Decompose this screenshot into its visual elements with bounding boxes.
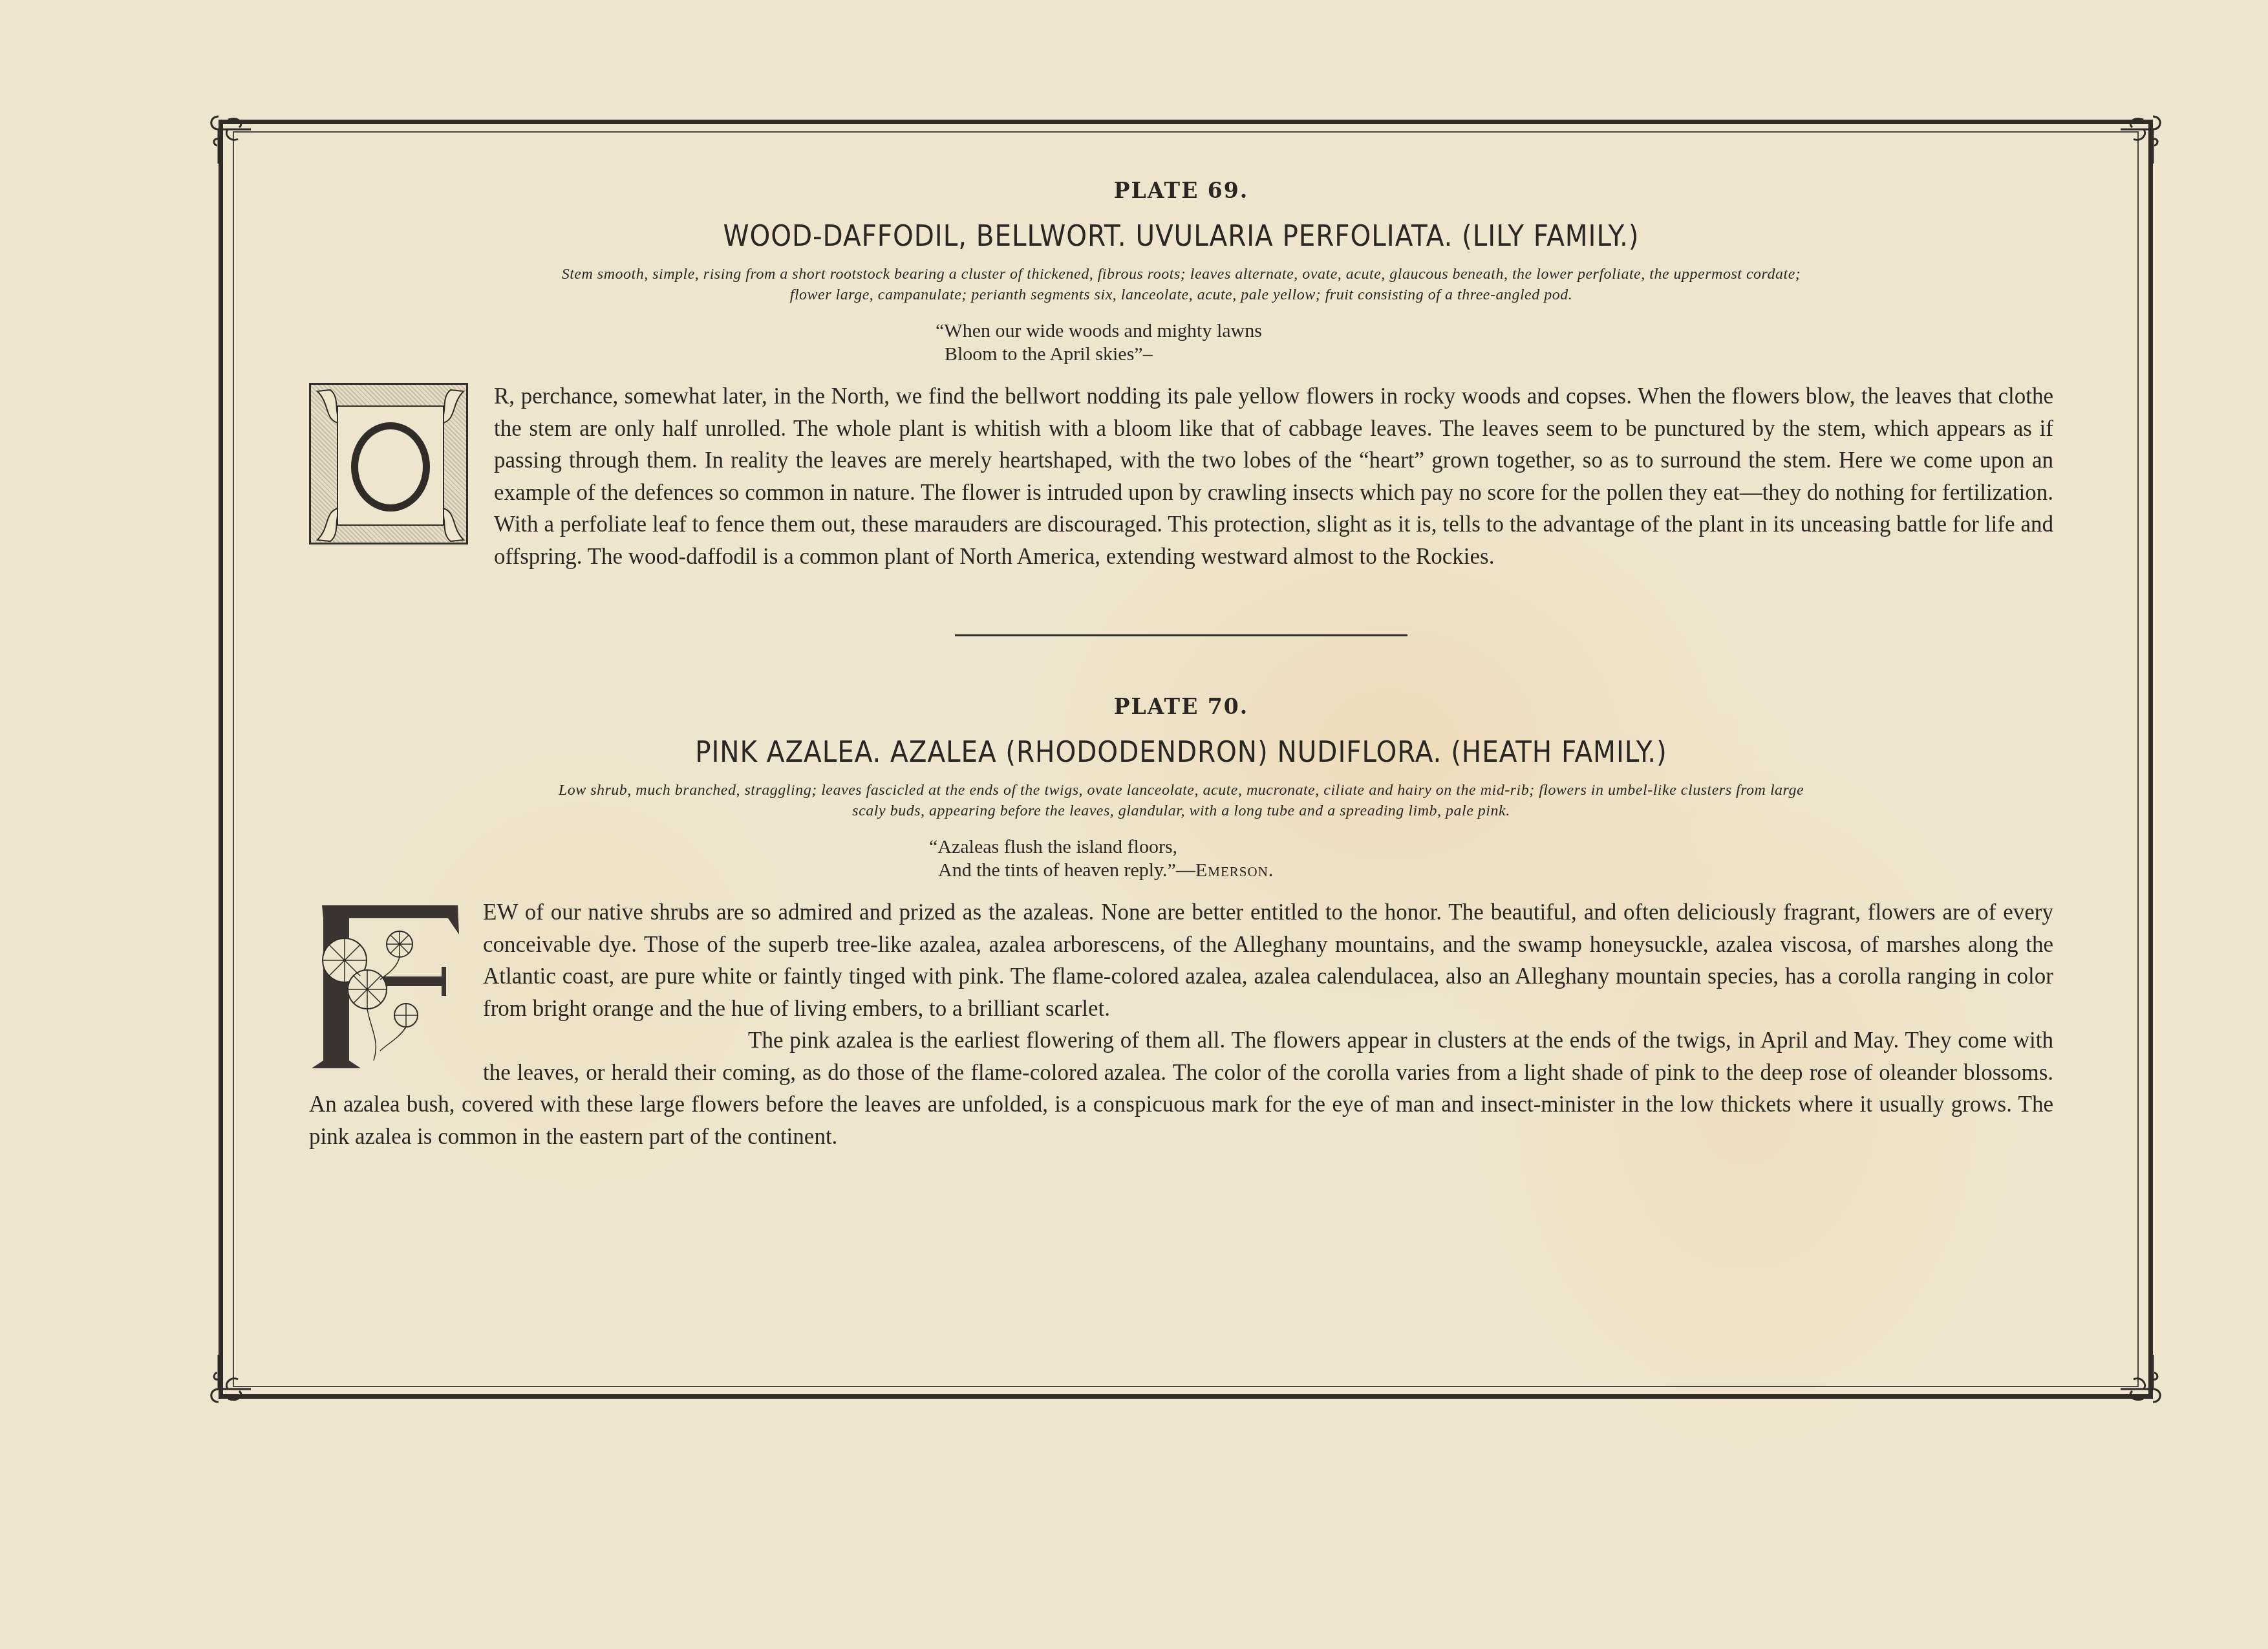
botanical-line: Stem smooth, simple, rising from a short…: [334, 264, 2028, 285]
corner-ornament-icon: [2114, 113, 2166, 165]
plate-label: PLATE 69.: [309, 175, 2053, 207]
botanical-line: Low shrub, much branched, straggling; le…: [334, 780, 2028, 801]
verse-line: Bloom to the April skies”–: [936, 343, 1427, 366]
verse-author: Emerson.: [1195, 859, 1274, 881]
body-paragraph: The pink azalea is the earliest flowerin…: [309, 1024, 2053, 1152]
body-text: EW of our native shrubs are so admired a…: [309, 896, 2053, 1152]
corner-ornament-icon: [2114, 1353, 2166, 1405]
section-divider: [955, 634, 1407, 636]
dropcap-letter-o: [351, 422, 430, 512]
verse-text: And the tints of heaven reply.”—: [938, 859, 1195, 881]
corner-ornament-icon: [206, 113, 257, 165]
dropcap-f-icon: [309, 899, 467, 1073]
verse-quote: “Azaleas flush the island floors, And th…: [929, 835, 1433, 882]
plate-69-section: PLATE 69. WOOD-DAFFODIL, BELLWORT. UVULA…: [309, 175, 2053, 572]
verse-line: And the tints of heaven reply.”—Emerson.: [929, 859, 1433, 882]
corner-ornament-icon: [206, 1353, 257, 1405]
plate-title: WOOD-DAFFODIL, BELLWORT. UVULARIA PERFOL…: [379, 217, 1984, 256]
botanical-description: Stem smooth, simple, rising from a short…: [334, 264, 2028, 305]
verse-line: “When our wide woods and mighty lawns: [936, 319, 1427, 343]
body-text: R, perchance, somewhat later, in the Nor…: [309, 380, 2053, 572]
botanical-description: Low shrub, much branched, straggling; le…: [334, 780, 2028, 821]
page-content: PLATE 69. WOOD-DAFFODIL, BELLWORT. UVULA…: [309, 175, 2053, 1152]
verse-line: “Azaleas flush the island floors,: [929, 835, 1433, 859]
plate-label: PLATE 70.: [309, 691, 2053, 723]
body-paragraph: R, perchance, somewhat later, in the Nor…: [309, 380, 2053, 572]
body-paragraph: EW of our native shrubs are so admired a…: [309, 896, 2053, 1024]
dropcap-o-icon: [309, 383, 477, 544]
plate-70-section: PLATE 70. PINK AZALEA. AZALEA (RHODODEND…: [309, 691, 2053, 1152]
botanical-line: flower large, campanulate; perianth segm…: [334, 285, 2028, 305]
botanical-line: scaly buds, appearing before the leaves,…: [334, 801, 2028, 821]
verse-quote: “When our wide woods and mighty lawns Bl…: [936, 319, 1427, 366]
plate-title: PINK AZALEA. AZALEA (RHODODENDRON) NUDIF…: [379, 733, 1984, 772]
